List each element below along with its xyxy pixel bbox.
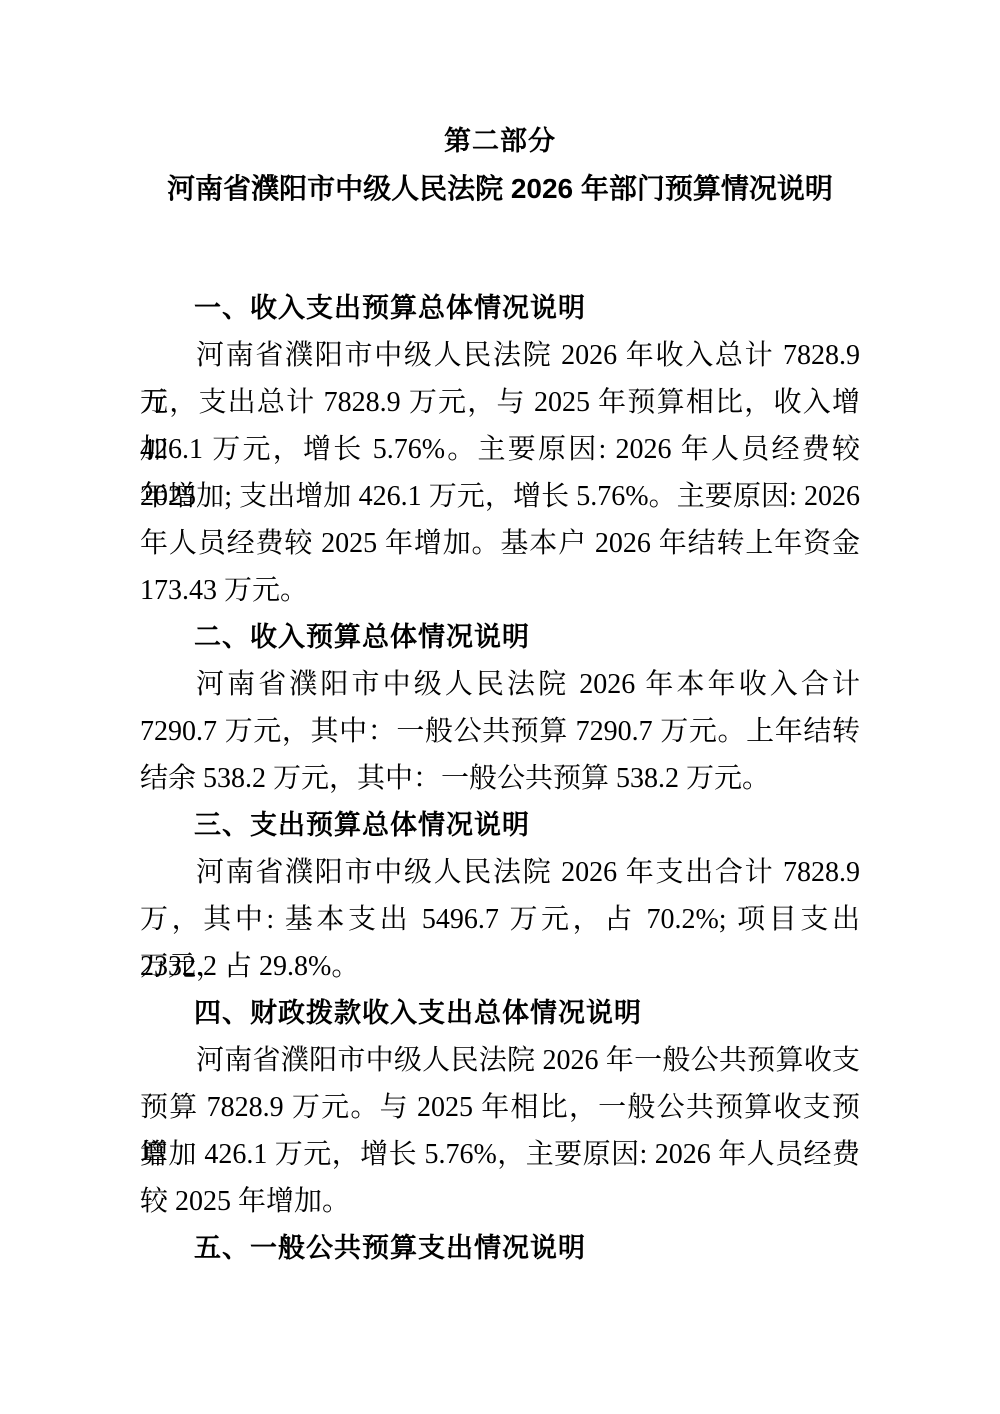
paragraph-line: 河南省濮阳市中级人民法院 2026 年支出合计 7828.9 — [140, 849, 860, 896]
paragraph-line: 预算 7828.9 万元。与 2025 年相比，一般公共预算收支预算 — [140, 1084, 860, 1131]
section-heading-1: 一、收入支出预算总体情况说明 — [140, 285, 860, 332]
document-subtitle: 河南省濮阳市中级人民法院 2026 年部门预算情况说明 — [140, 165, 860, 212]
paragraph-line: 年人员经费较 2025 年增加。基本户 2026 年结转上年资金 — [140, 520, 860, 567]
section-heading-2: 二、收入预算总体情况说明 — [140, 614, 860, 661]
paragraph-2: 河南省濮阳市中级人民法院 2026 年本年收入合计 7290.7 万元，其中：一… — [140, 661, 860, 802]
paragraph-3: 河南省濮阳市中级人民法院 2026 年支出合计 7828.9 万，其中: 基本支… — [140, 849, 860, 990]
paragraph-line: 河南省濮阳市中级人民法院 2026 年本年收入合计 — [140, 661, 860, 708]
paragraph-line: 元，支出总计 7828.9 万元，与 2025 年预算相比，收入增加 — [140, 379, 860, 426]
paragraph-line: 426.1 万元，增长 5.76%。主要原因: 2026 年人员经费较 2025 — [140, 426, 860, 473]
section-heading-4: 四、财政拨款收入支出总体情况说明 — [140, 990, 860, 1037]
paragraph-line: 河南省濮阳市中级人民法院 2026 年收入总计 7828.9 万 — [140, 332, 860, 379]
paragraph-line: 7290.7 万元，其中：一般公共预算 7290.7 万元。上年结转 — [140, 708, 860, 755]
paragraph-line: 河南省濮阳市中级人民法院 2026 年一般公共预算收支 — [140, 1037, 860, 1084]
paragraph-1: 河南省濮阳市中级人民法院 2026 年收入总计 7828.9 万 元，支出总计 … — [140, 332, 860, 614]
paragraph-line: 结余 538.2 万元，其中：一般公共预算 538.2 万元。 — [140, 755, 860, 802]
paragraph-line: 万元，占 29.8%。 — [140, 943, 860, 990]
paragraph-4: 河南省濮阳市中级人民法院 2026 年一般公共预算收支 预算 7828.9 万元… — [140, 1037, 860, 1225]
section-heading-3: 三、支出预算总体情况说明 — [140, 802, 860, 849]
paragraph-line: 年增加; 支出增加 426.1 万元，增长 5.76%。主要原因: 2026 — [140, 473, 860, 520]
paragraph-line: 增加 426.1 万元，增长 5.76%，主要原因: 2026 年人员经费 — [140, 1131, 860, 1178]
section-heading-5: 五、一般公共预算支出情况说明 — [140, 1225, 860, 1272]
paragraph-line: 万，其中: 基本支出 5496.7 万元，占 70.2%; 项目支出 2332.… — [140, 896, 860, 943]
paragraph-line: 173.43 万元。 — [140, 567, 860, 614]
paragraph-line: 较 2025 年增加。 — [140, 1178, 860, 1225]
document-page: 第二部分 河南省濮阳市中级人民法院 2026 年部门预算情况说明 一、收入支出预… — [0, 0, 1000, 1414]
document-body: 一、收入支出预算总体情况说明 河南省濮阳市中级人民法院 2026 年收入总计 7… — [140, 285, 860, 1272]
part-title: 第二部分 — [140, 118, 860, 165]
